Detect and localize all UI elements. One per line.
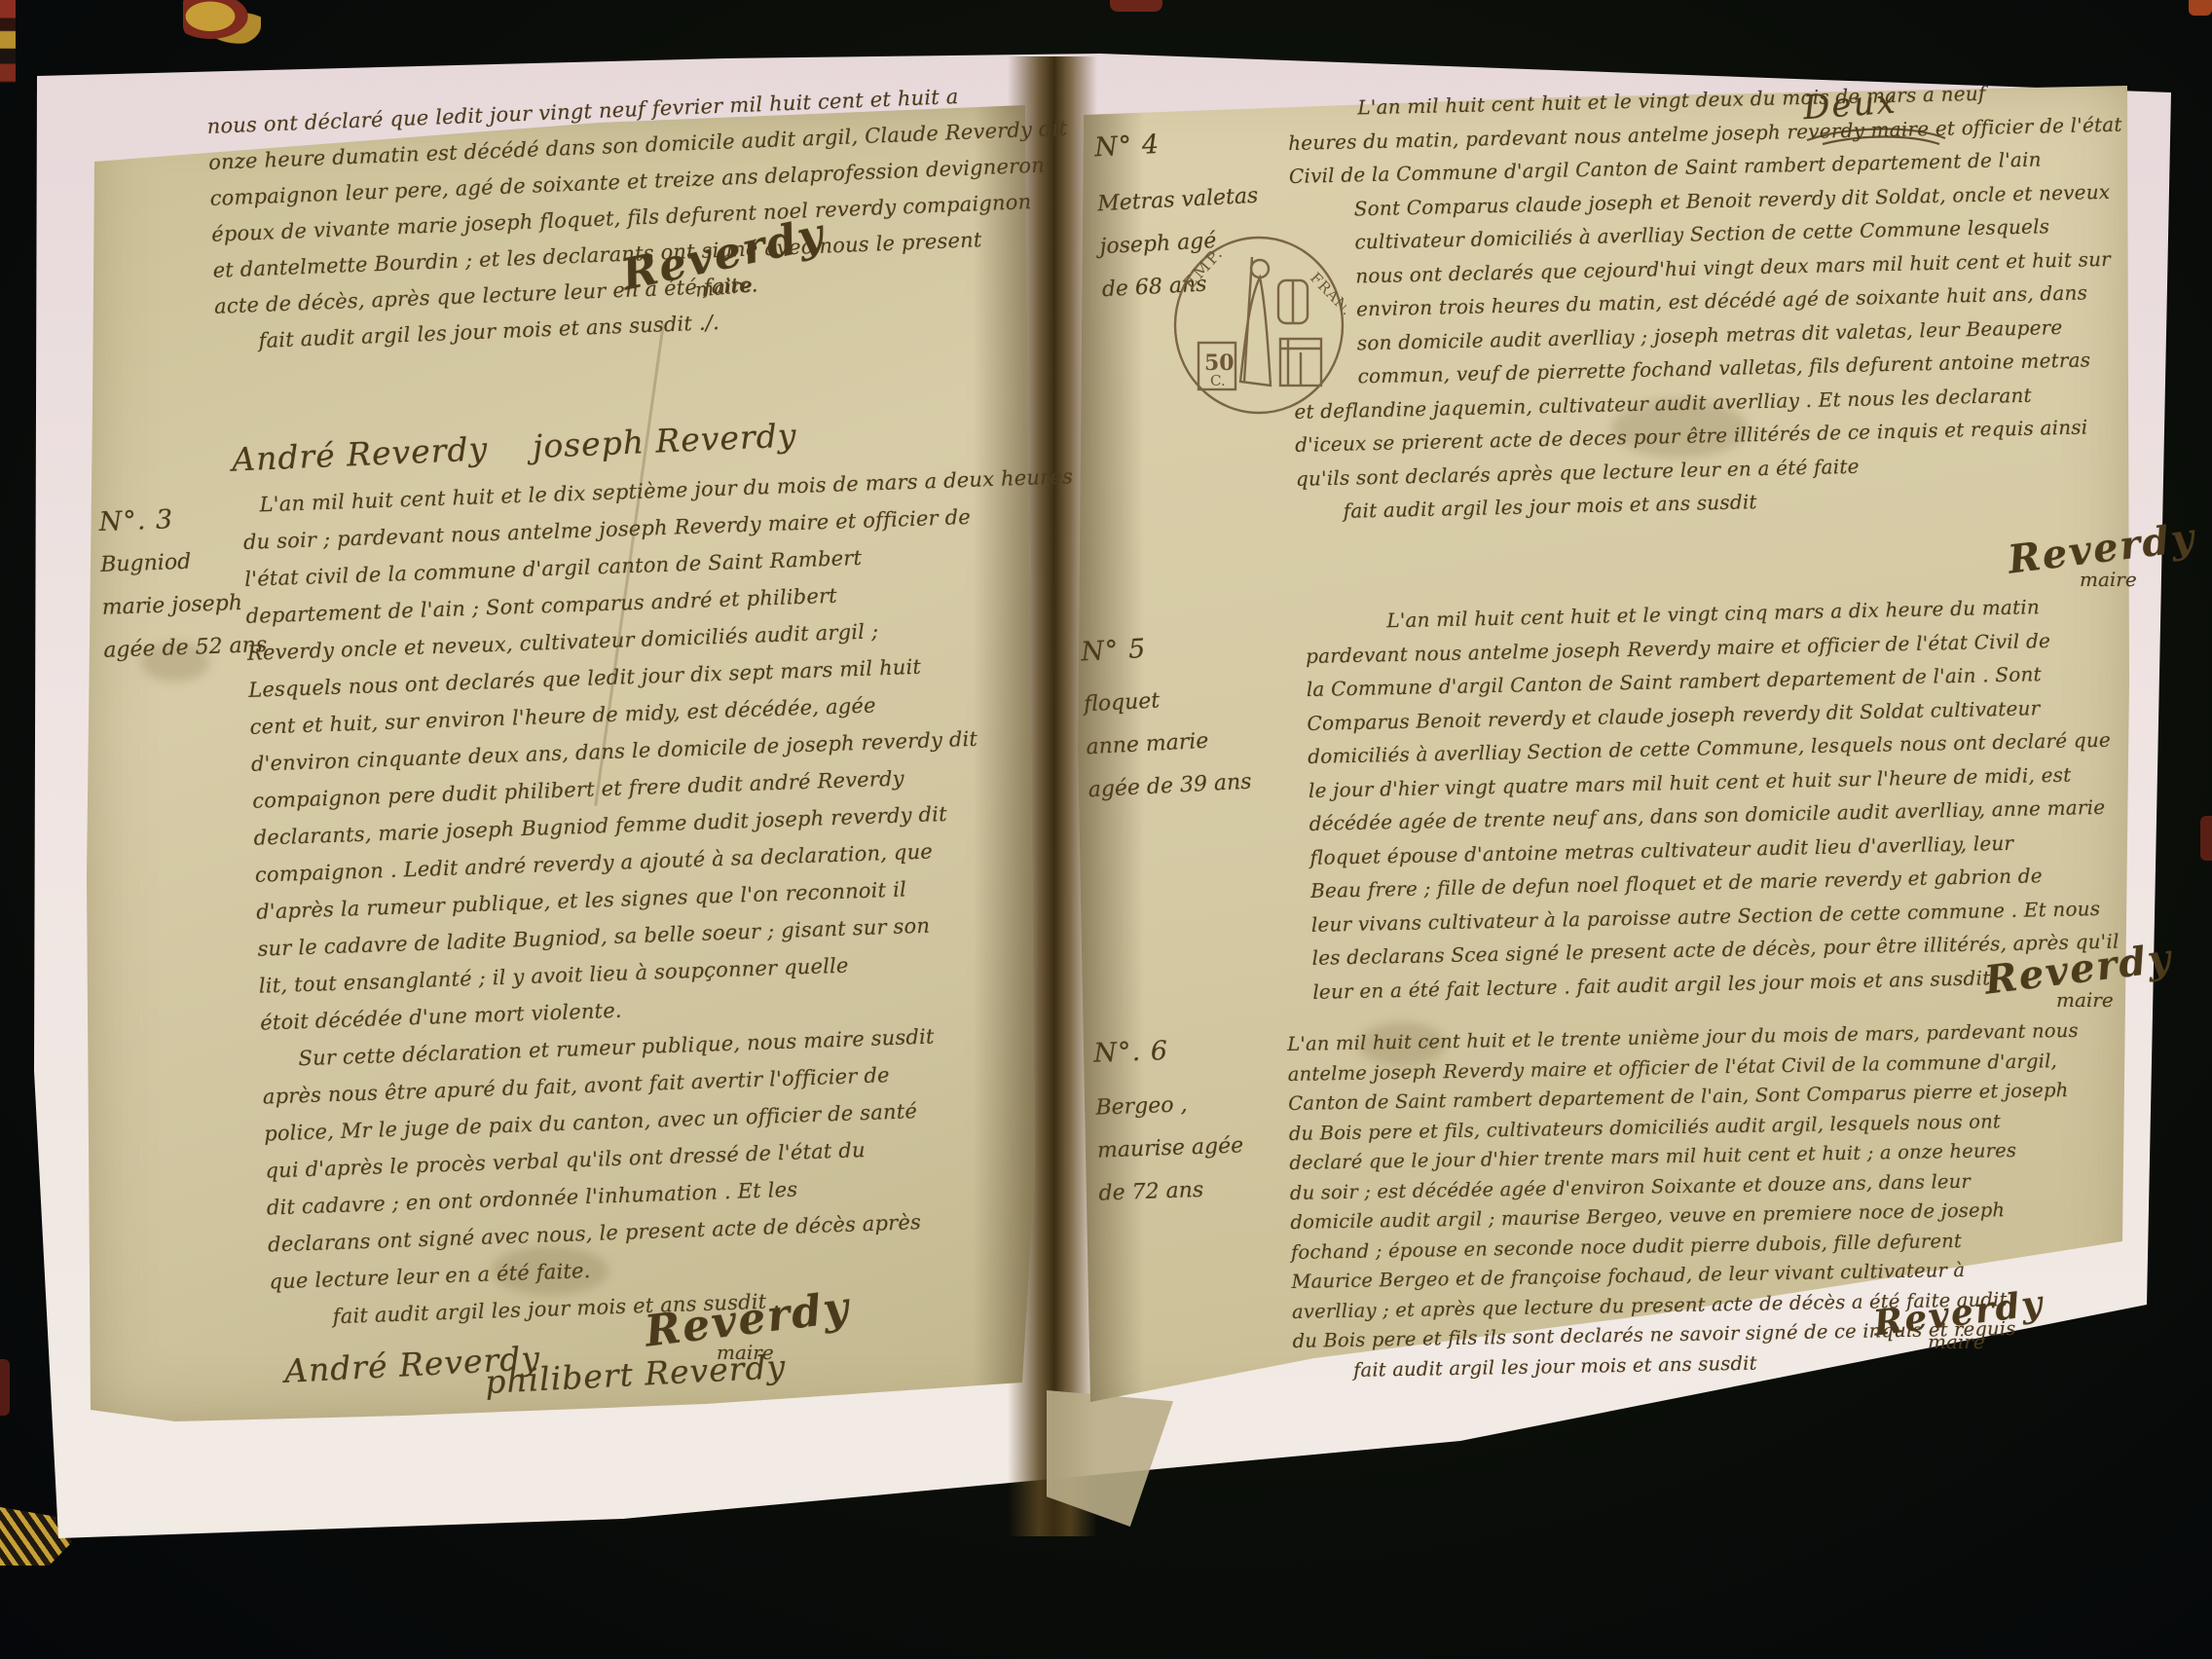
mayor-signature-act6: Reverdy maire (1873, 1293, 2045, 1353)
mayor-signature-act3: Reverdy maire (645, 1295, 851, 1364)
margin-note-lines: Bugniodmarie josephagée de 52 ans (100, 538, 268, 673)
margin-line: de 72 ans (1098, 1167, 1246, 1215)
act-number: N° 4 (1093, 119, 1256, 170)
mayor-signature-act5: Reverdy maire (1984, 946, 2173, 1012)
margin-note-lines: floquetanne marieagée de 39 ans (1083, 676, 1253, 813)
fabric-corner-ornament (2189, 0, 2212, 16)
margin-line: Bugniod (100, 538, 265, 587)
fabric-red-ornament (0, 1359, 10, 1416)
act-number: N° 5 (1080, 623, 1245, 675)
mayor-signature-act4: Reverdy maire (2008, 526, 2196, 591)
death-act-3: L'an mil huit cent huit et le dix septiè… (241, 460, 1059, 1338)
margin-line: agée de 52 ans (103, 624, 268, 673)
stamp-arc-left-text: EMP. (1180, 243, 1228, 293)
photograph-of-open-register: { "photo": { "background_color": "#0b0e0… (0, 0, 2212, 1659)
margin-note-lines: Bergeo ,maurise agéede 72 ans (1095, 1082, 1246, 1215)
margin-line: marie joseph (101, 581, 266, 630)
margin-line: Bergeo , (1095, 1082, 1243, 1129)
fabric-edge-red-ornament (2200, 816, 2212, 861)
act-number: N°. 3 (98, 496, 263, 544)
fabric-edge-ornament (0, 0, 16, 109)
act-number: N°. 6 (1093, 1027, 1241, 1075)
fabric-red-patch (1110, 0, 1162, 12)
fabric-flower-ornament (183, 0, 261, 47)
margin-note-act5: N° 5 floquetanne marieagée de 39 ans (1080, 623, 1252, 813)
death-act-4: L'an mil huit cent huit et le vingt deux… (1287, 73, 2154, 529)
death-act-2-continuation: nous ont déclaré que ledit jour vingt ne… (206, 76, 1034, 361)
margin-line: maurise agée (1096, 1124, 1244, 1172)
stamp-denomination-unit: C. (1210, 372, 1226, 389)
margin-line: Metras valetas (1096, 175, 1259, 227)
margin-note-act6: N°. 6 Bergeo ,maurise agéede 72 ans (1093, 1027, 1246, 1215)
margin-line: agée de 39 ans (1088, 761, 1253, 813)
